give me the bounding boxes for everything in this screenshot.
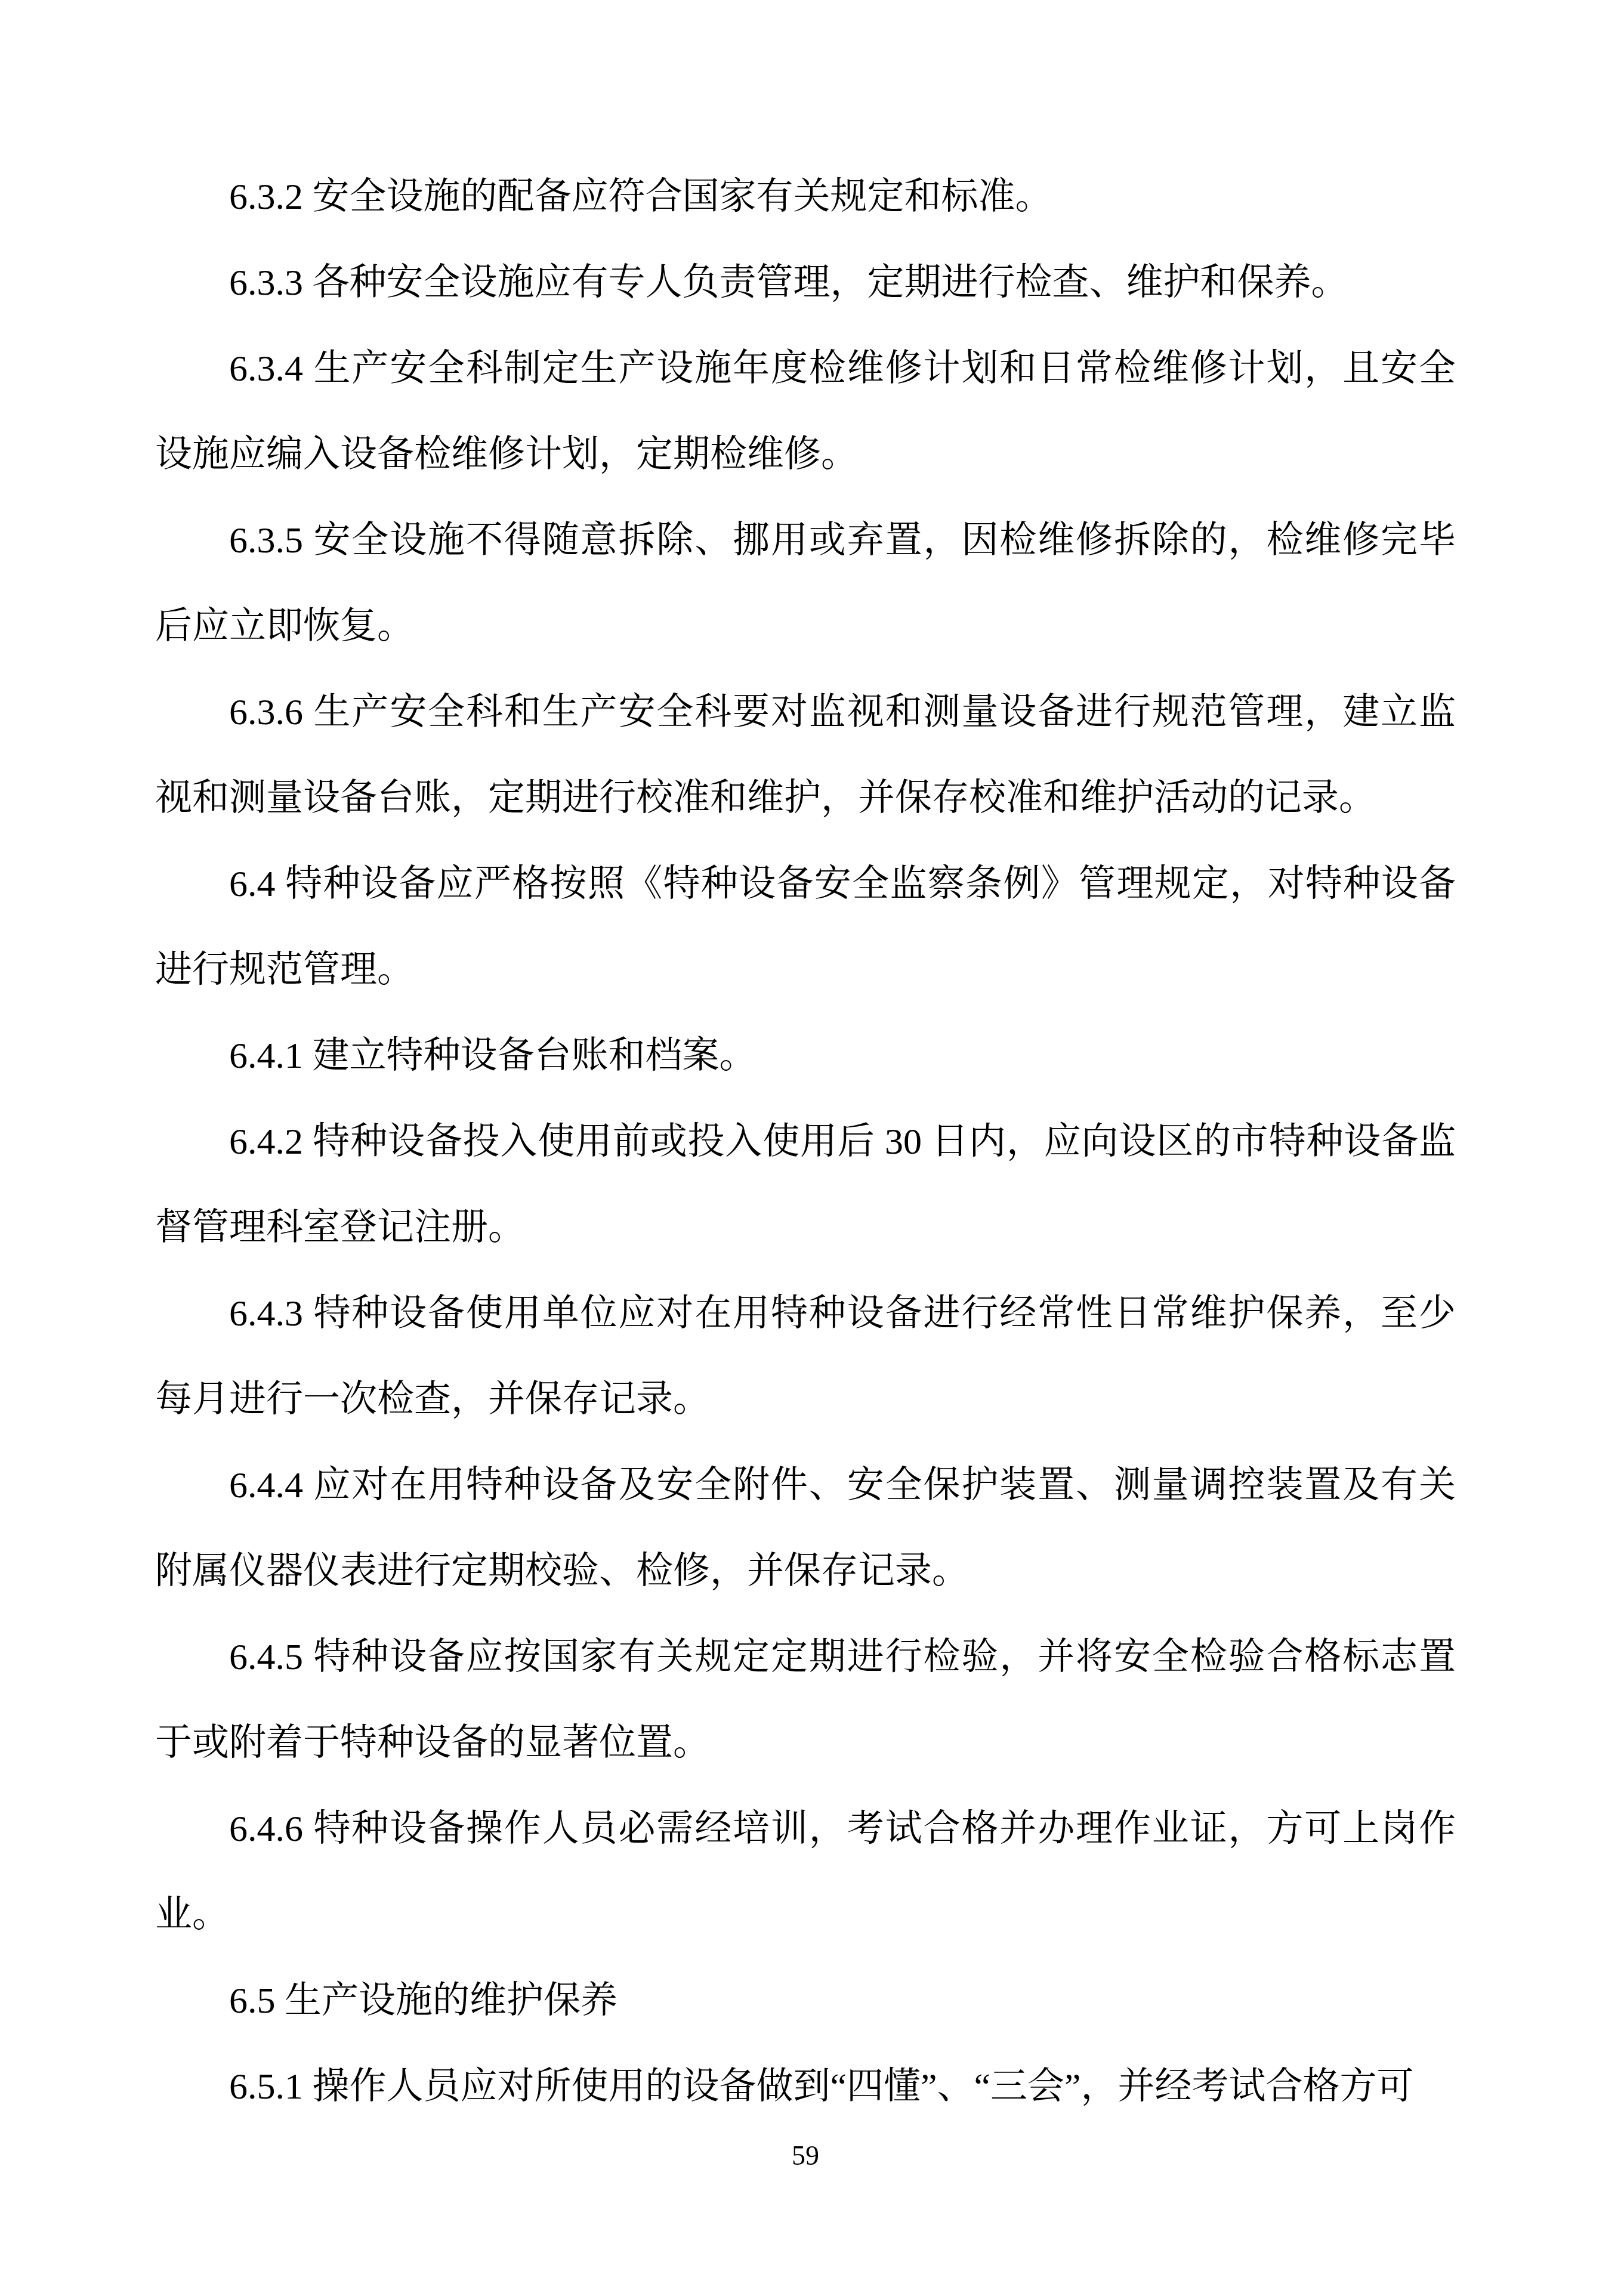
para-6-3-6: 6.3.6 生产安全科和生产安全科要对监视和测量设备进行规范管理，建立监视和测量… <box>155 669 1456 841</box>
para-6-4-6: 6.4.6 特种设备操作人员必需经培训，考试合格并办理作业证，方可上岗作业。 <box>155 1786 1456 1958</box>
para-6-3-4: 6.3.4 生产安全科制定生产设施年度检维修计划和日常检维修计划，且安全设施应编… <box>155 326 1456 497</box>
document-page: 6.3.2 安全设施的配备应符合国家有关规定和标准。 6.3.3 各种安全设施应… <box>0 0 1624 2296</box>
para-6-3-2: 6.3.2 安全设施的配备应符合国家有关规定和标准。 <box>155 154 1456 240</box>
para-6-4-5: 6.4.5 特种设备应按国家有关规定定期进行检验，并将安全检验合格标志置于或附着… <box>155 1614 1456 1786</box>
para-6-4: 6.4 特种设备应严格按照《特种设备安全监察条例》管理规定，对特种设备进行规范管… <box>155 841 1456 1013</box>
para-6-3-3: 6.3.3 各种安全设施应有专人负责管理，定期进行检查、维护和保养。 <box>155 240 1456 326</box>
para-6-5-heading: 6.5 生产设施的维护保养 <box>155 1958 1456 2044</box>
para-6-3-5: 6.3.5 安全设施不得随意拆除、挪用或弃置，因检维修拆除的，检维修完毕后应立即… <box>155 497 1456 669</box>
para-6-4-3: 6.4.3 特种设备使用单位应对在用特种设备进行经常性日常维护保养，至少每月进行… <box>155 1271 1456 1442</box>
para-6-5-1: 6.5.1 操作人员应对所使用的设备做到“四懂”、“三会”，并经考试合格方可 <box>155 2044 1456 2130</box>
page-number: 59 <box>155 2140 1456 2171</box>
para-6-4-2: 6.4.2 特种设备投入使用前或投入使用后 30 日内，应向设区的市特种设备监督… <box>155 1099 1456 1271</box>
para-6-4-4: 6.4.4 应对在用特种设备及安全附件、安全保护装置、测量调控装置及有关附属仪器… <box>155 1442 1456 1614</box>
para-6-4-1: 6.4.1 建立特种设备台账和档案。 <box>155 1013 1456 1099</box>
